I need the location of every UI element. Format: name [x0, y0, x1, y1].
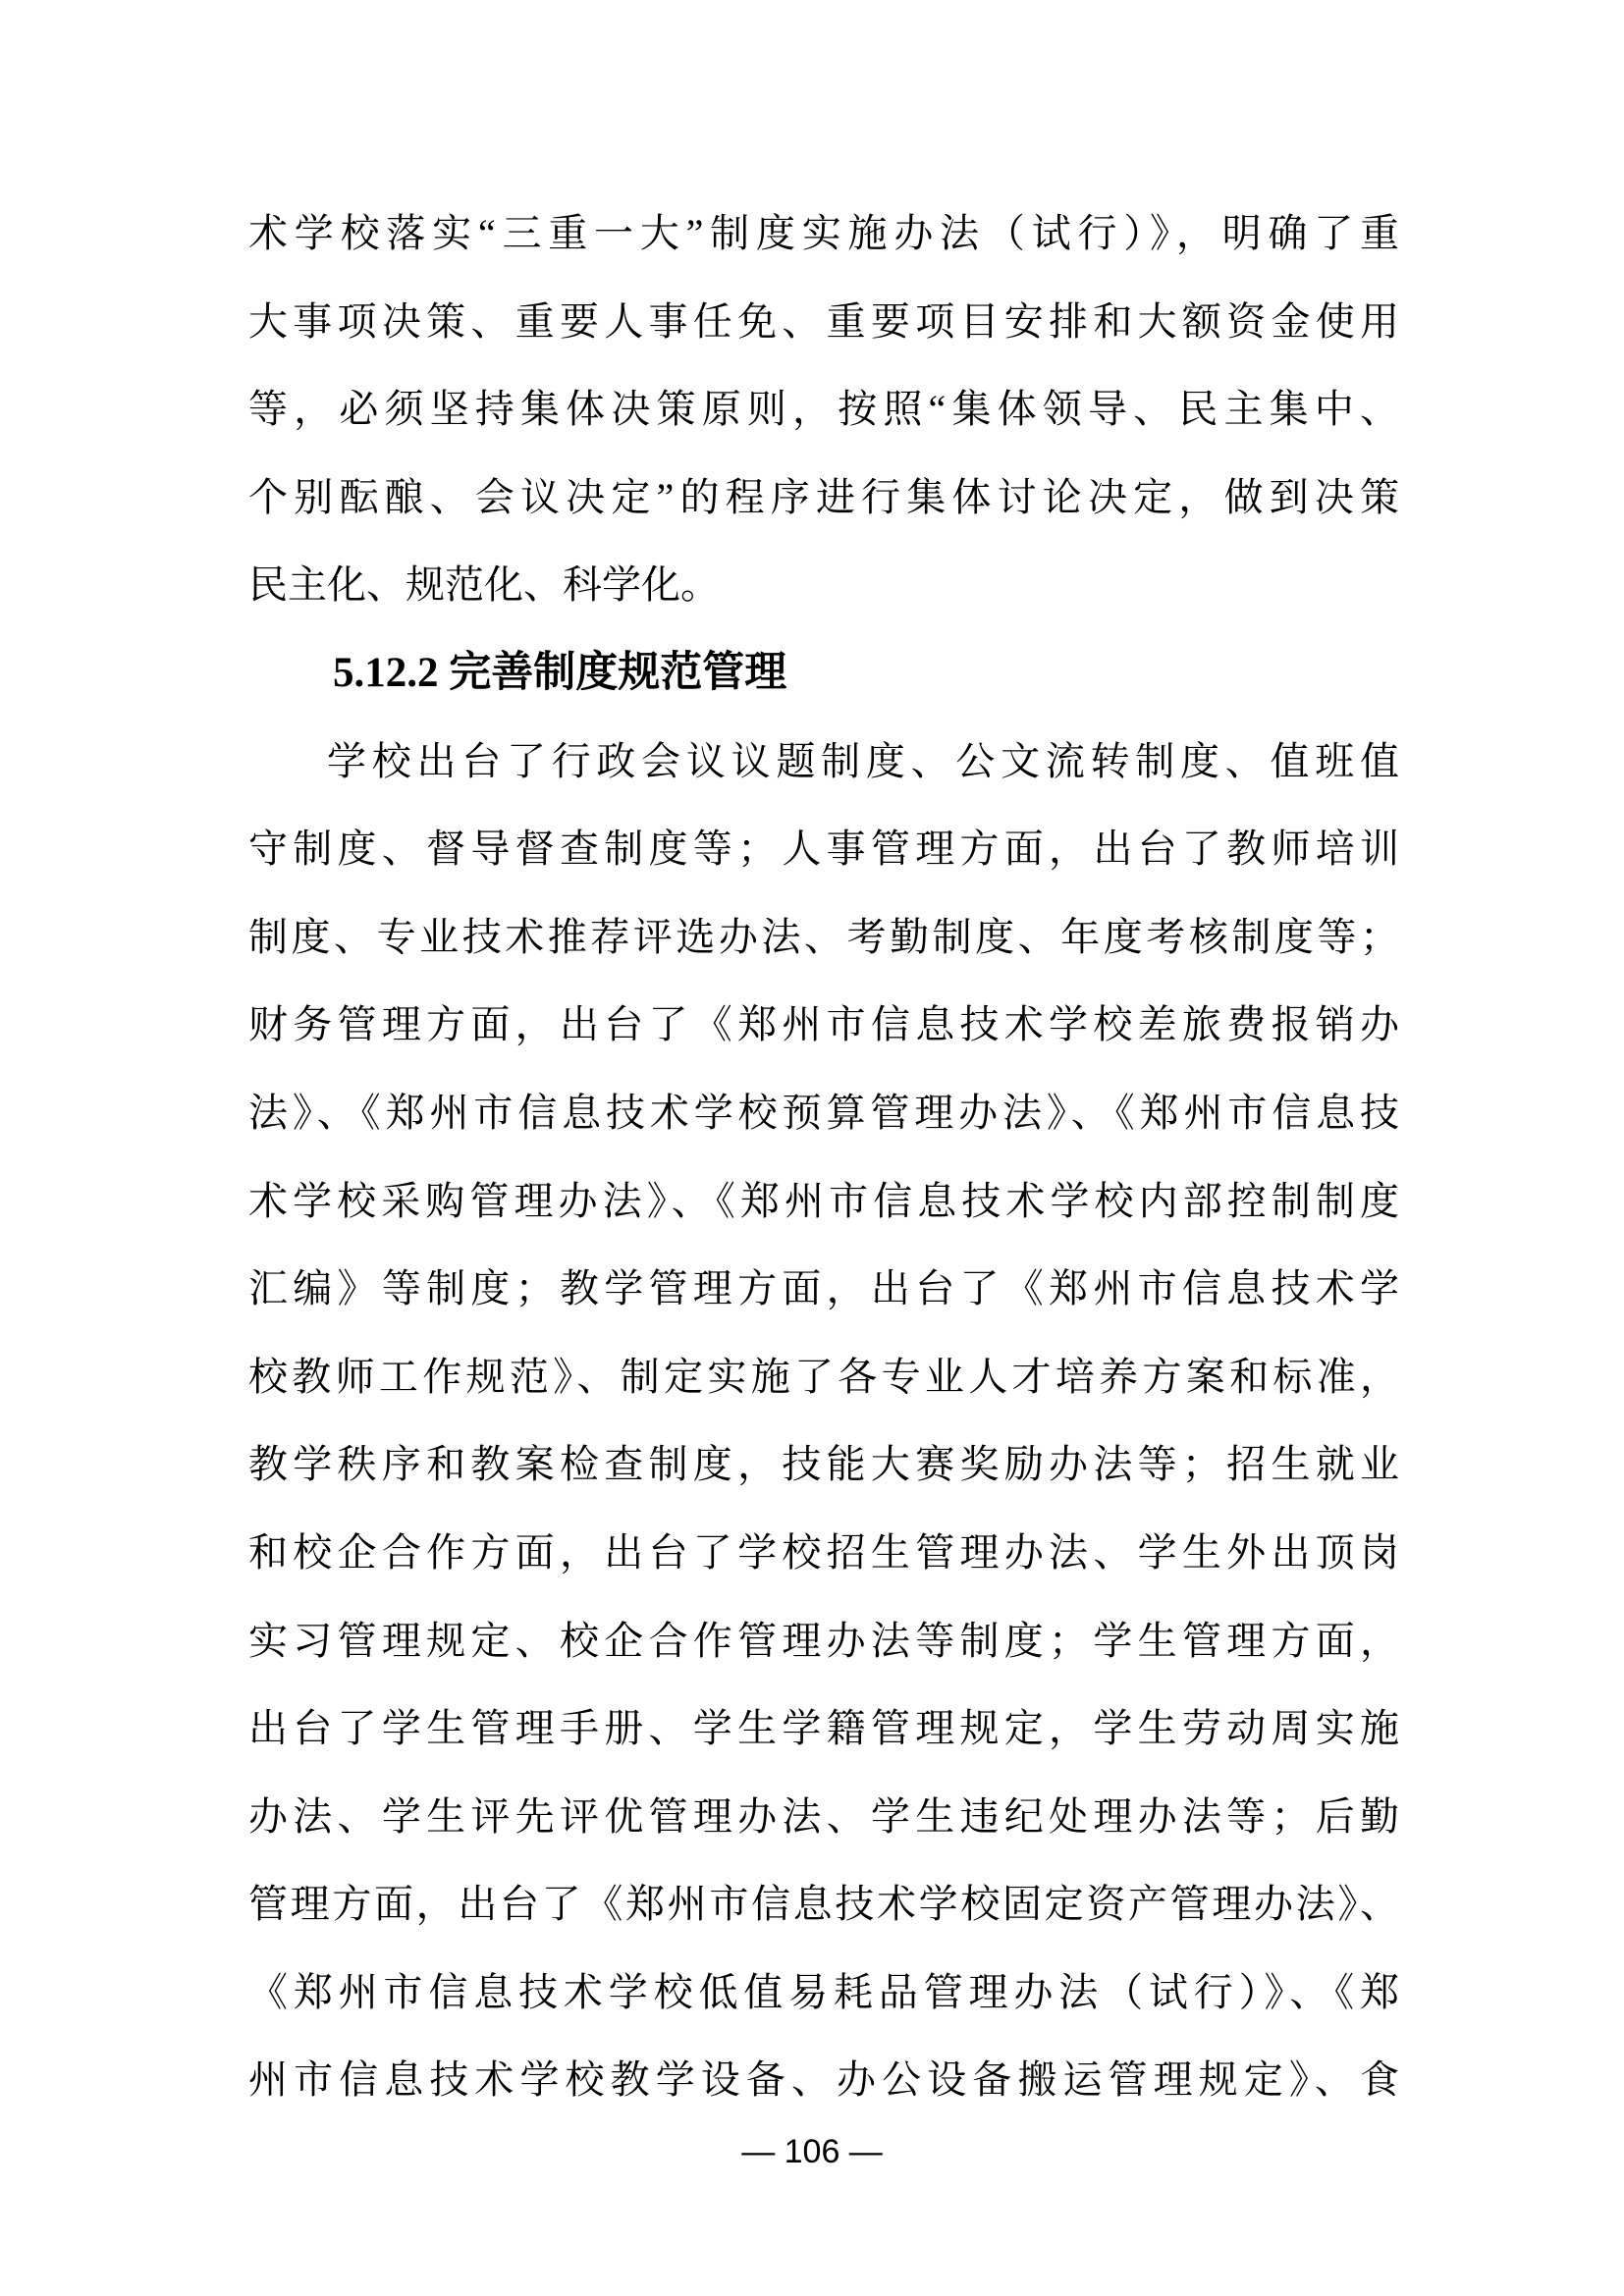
text-line: 术学校采购管理办法》、《郑州市信息技术学校内部控制制度 [248, 1157, 1399, 1246]
text-line: 制度、专业技术推荐评选办法、考勤制度、年度考核制度等； [248, 893, 1399, 982]
text-line: 法》、《郑州市信息技术学校预算管理办法》、《郑州市信息技 [248, 1069, 1399, 1157]
text-line: 出台了学生管理手册、学生学籍管理规定，学生劳动周实施 [248, 1684, 1399, 1773]
text-line: 等，必须坚持集体决策原则，按照“集体领导、民主集中、 [248, 365, 1399, 454]
text-line: 《郑州市信息技术学校低值易耗品管理办法（试行）》、《郑 [248, 1949, 1399, 2037]
section-heading: 5.12.2 完善制度规范管理 [248, 629, 1399, 718]
page-number: — 106 — [0, 2130, 1624, 2173]
text-line: 教学秩序和教案检查制度，技能大赛奖励办法等；招生就业 [248, 1420, 1399, 1509]
text-line: 守制度、督导督查制度等；人事管理方面，出台了教师培训 [248, 805, 1399, 893]
page-content: 术学校落实“三重一大”制度实施办法（试行）》，明确了重 大事项决策、重要人事任免… [248, 189, 1399, 2124]
text-line: 财务管理方面，出台了《郑州市信息技术学校差旅费报销办 [248, 981, 1399, 1069]
text-line: 个别酝酿、会议决定”的程序进行集体讨论决定，做到决策 [248, 454, 1399, 542]
text-line: 和校企合作方面，出台了学校招生管理办法、学生外出顶岗 [248, 1509, 1399, 1597]
text-line: 汇编》等制度；教学管理方面，出台了《郑州市信息技术学 [248, 1245, 1399, 1333]
text-line: 实习管理规定、校企合作管理办法等制度；学生管理方面， [248, 1597, 1399, 1685]
text-line: 民主化、规范化、科学化。 [248, 541, 1399, 629]
text-line: 管理方面，出台了《郑州市信息技术学校固定资产管理办法》、 [248, 1860, 1399, 1949]
text-line: 州市信息技术学校教学设备、办公设备搬运管理规定》、食 [248, 2036, 1399, 2124]
document-page: 术学校落实“三重一大”制度实施办法（试行）》，明确了重 大事项决策、重要人事任免… [0, 0, 1624, 2296]
text-line: 学校出台了行政会议议题制度、公文流转制度、值班值 [248, 718, 1399, 806]
text-line: 大事项决策、重要人事任免、重要项目安排和大额资金使用 [248, 278, 1399, 366]
text-line: 校教师工作规范》、制定实施了各专业人才培养方案和标准， [248, 1333, 1399, 1421]
text-line: 术学校落实“三重一大”制度实施办法（试行）》，明确了重 [248, 189, 1399, 278]
text-line: 办法、学生评先评优管理办法、学生违纪处理办法等；后勤 [248, 1773, 1399, 1861]
